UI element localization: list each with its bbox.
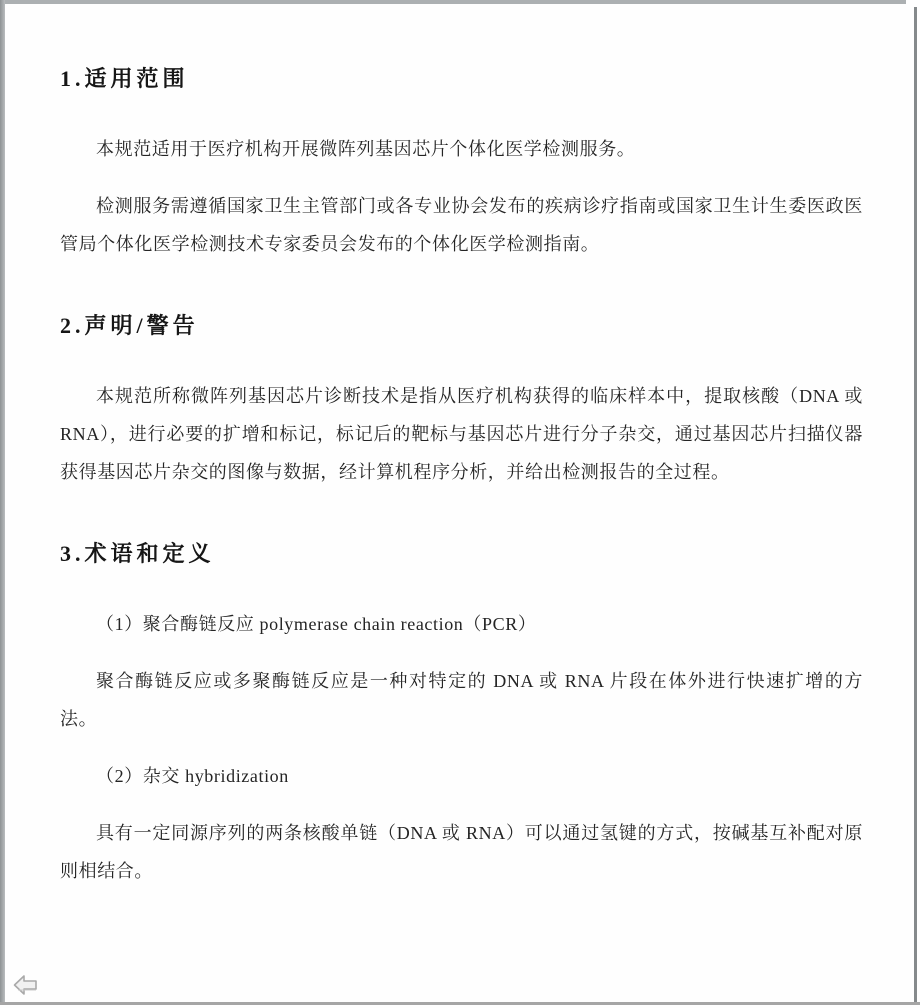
back-arrow-icon[interactable] xyxy=(12,973,39,998)
section-paragraph: 具有一定同源序列的两条核酸单链（DNA 或 RNA）可以通过氢键的方式，按碱基互… xyxy=(60,814,863,890)
section-heading: 3.术语和定义 xyxy=(60,537,863,571)
section-paragraph: （2）杂交 hybridization xyxy=(60,757,863,795)
page-frame-bottom xyxy=(0,1002,920,1005)
document-section: 1.适用范围本规范适用于医疗机构开展微阵列基因芯片个体化医学检测服务。检测服务需… xyxy=(60,62,863,263)
document-section: 2.声明/警告本规范所称微阵列基因芯片诊断技术是指从医疗机构获得的临床样本中，提… xyxy=(60,309,863,491)
document-content: 1.适用范围本规范适用于医疗机构开展微阵列基因芯片个体化医学检测服务。检测服务需… xyxy=(0,0,920,890)
section-heading: 2.声明/警告 xyxy=(60,309,863,343)
section-paragraph: 聚合酶链反应或多聚酶链反应是一种对特定的 DNA 或 RNA 片段在体外进行快速… xyxy=(60,662,863,738)
section-paragraph: 检测服务需遵循国家卫生主管部门或各专业协会发布的疾病诊疗指南或国家卫生计生委医政… xyxy=(60,187,863,263)
section-paragraph: （1）聚合酶链反应 polymerase chain reaction（PCR） xyxy=(60,605,863,643)
document-section: 3.术语和定义（1）聚合酶链反应 polymerase chain reacti… xyxy=(60,537,863,890)
section-paragraph: 本规范适用于医疗机构开展微阵列基因芯片个体化医学检测服务。 xyxy=(60,130,863,168)
section-heading: 1.适用范围 xyxy=(60,62,863,96)
document-page: 1.适用范围本规范适用于医疗机构开展微阵列基因芯片个体化医学检测服务。检测服务需… xyxy=(0,0,920,1008)
section-paragraph: 本规范所称微阵列基因芯片诊断技术是指从医疗机构获得的临床样本中，提取核酸（DNA… xyxy=(60,377,863,491)
